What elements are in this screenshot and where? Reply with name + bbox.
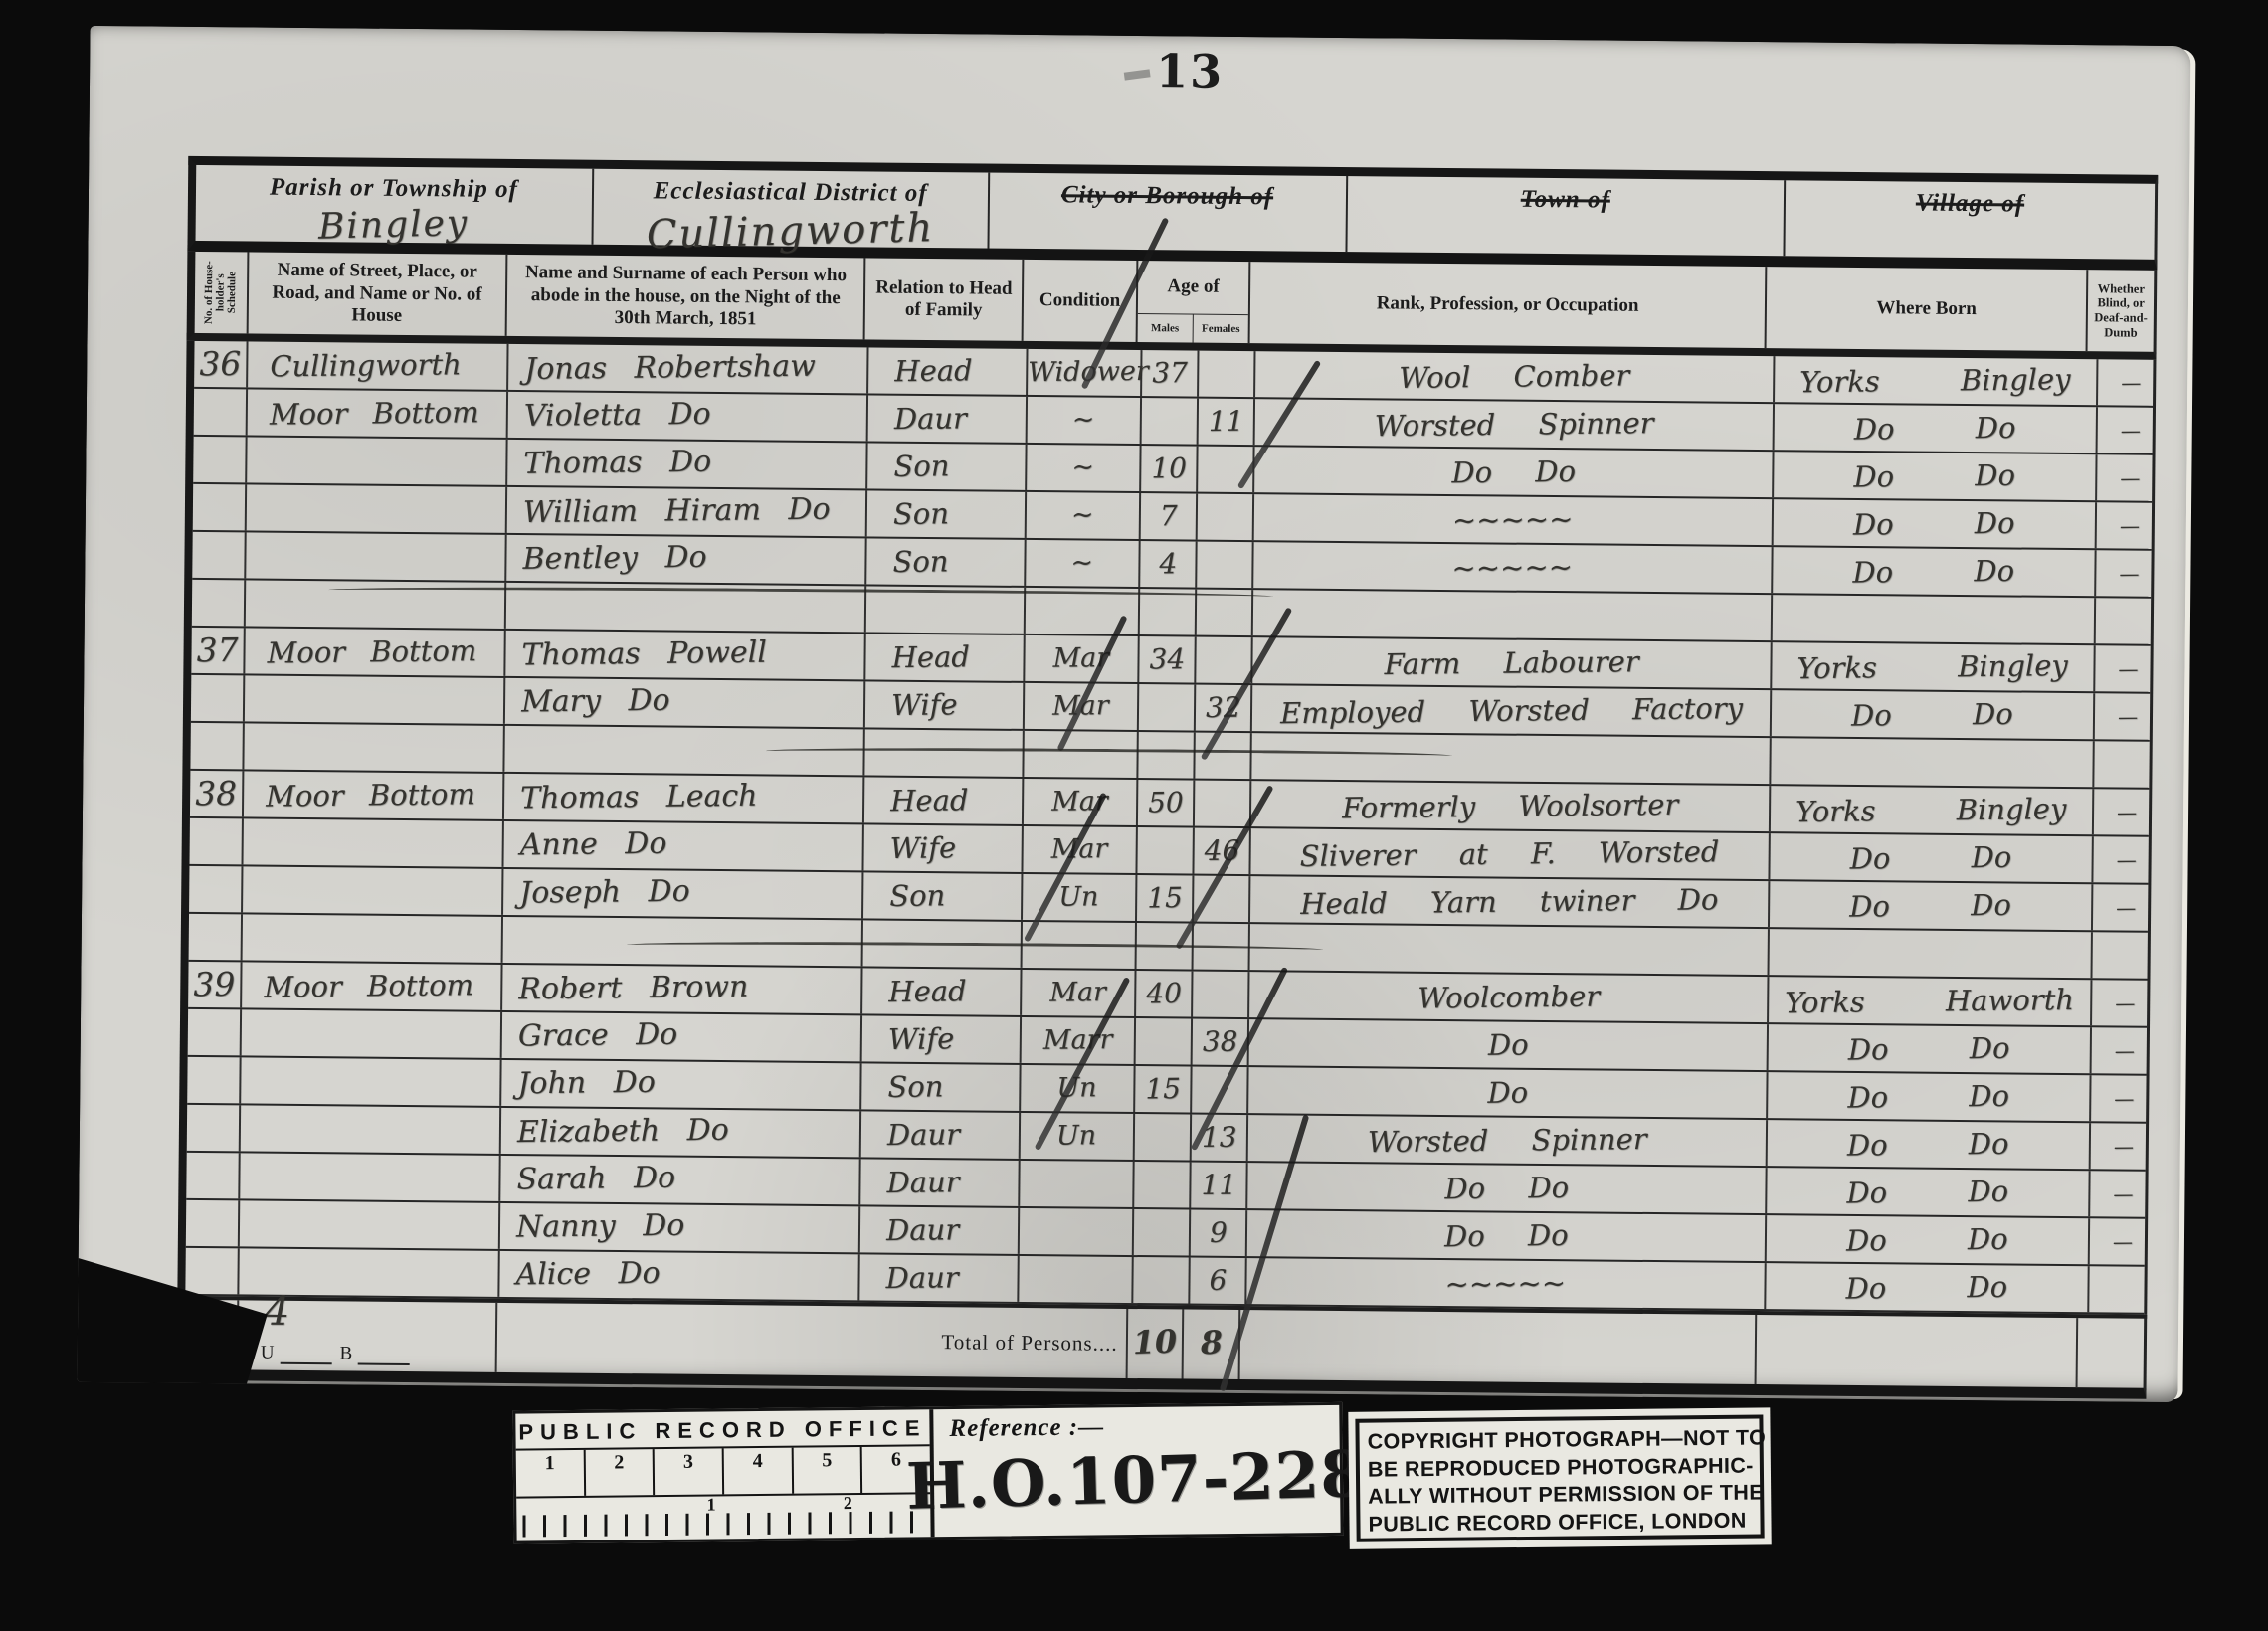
handwritten-name: Grace Do bbox=[502, 1013, 678, 1059]
cell-relation: Wife bbox=[865, 681, 1025, 729]
cell-born: Do Do bbox=[1770, 833, 2093, 882]
cell-born: Do Do bbox=[1774, 452, 2097, 500]
cell-name: Robert Brown bbox=[502, 965, 862, 1013]
handwritten-relation: Son bbox=[867, 491, 950, 536]
cell-street bbox=[243, 866, 503, 915]
handwritten-relation: Wife bbox=[862, 1016, 955, 1061]
handwritten-blind: — bbox=[2115, 1028, 2135, 1072]
handwritten-age-m: 34 bbox=[1149, 637, 1185, 681]
cell-occupation: ~~~~~ bbox=[1253, 542, 1773, 593]
handwritten-born: Yorks Bingley bbox=[1797, 643, 2069, 690]
ruler-cm-scale: 1 2 3 4 5 6 bbox=[516, 1446, 930, 1498]
cell-relation: Wife bbox=[862, 1015, 1022, 1063]
cell-schedule bbox=[193, 484, 247, 531]
cell-age-m: 37 bbox=[1142, 350, 1199, 397]
handwritten-blind: — bbox=[2121, 408, 2141, 452]
cell-age-f bbox=[1196, 637, 1252, 684]
cell-occupation bbox=[1250, 924, 1770, 975]
cell-name: Thomas Leach bbox=[504, 774, 864, 822]
cell-occupation: Worsted Spinner bbox=[1255, 399, 1775, 450]
cell-age-f bbox=[1199, 351, 1255, 398]
ruler-cm-1: 1 bbox=[516, 1450, 586, 1497]
handwritten-name: Nanny Do bbox=[500, 1204, 685, 1250]
cell-relation: Daur bbox=[868, 395, 1028, 443]
cell-age-m bbox=[1139, 684, 1196, 731]
parish-cell: Parish or Township of Bingley bbox=[196, 165, 594, 245]
cell-blind: — bbox=[2091, 1123, 2157, 1170]
handwritten-blind: — bbox=[2119, 551, 2139, 595]
handwritten-born: Do Do bbox=[1845, 1265, 2007, 1311]
handwritten-age-m: 50 bbox=[1148, 781, 1184, 824]
village-cell: Village of bbox=[1786, 180, 2156, 260]
cell-age-m: 34 bbox=[1139, 636, 1196, 683]
town-cell: Town of bbox=[1347, 176, 1786, 256]
col-blind: Whether Blind, or Deaf-and-Dumb bbox=[2088, 270, 2154, 352]
census-sheet: 13 Parish or Township of Bingley Ecclesi… bbox=[78, 26, 2191, 1402]
cell-street bbox=[241, 1057, 501, 1106]
total-houses-value: 4 bbox=[265, 1289, 290, 1335]
col-age: Age of Males Females bbox=[1137, 261, 1250, 343]
cell-blind: — bbox=[2094, 789, 2160, 835]
handwritten-age-f: 6 bbox=[1209, 1259, 1227, 1303]
reference-label: Reference :— bbox=[949, 1411, 1339, 1443]
handwritten-blind: — bbox=[2113, 1172, 2133, 1215]
handwritten-born: Do Do bbox=[1851, 692, 2013, 738]
cell-street: Moor Bottom bbox=[248, 389, 508, 438]
handwritten-born: Do Do bbox=[1853, 453, 2015, 499]
cell-occupation: Do Do bbox=[1247, 1210, 1767, 1261]
cell-name: William Hiram Do bbox=[507, 487, 867, 536]
col-females: Females bbox=[1194, 315, 1248, 344]
handwritten-born: Yorks Haworth bbox=[1785, 978, 2074, 1024]
cell-relation: Head bbox=[868, 347, 1028, 395]
handwritten-name: Thomas Leach bbox=[504, 775, 758, 821]
cell-blind bbox=[2096, 598, 2162, 644]
page-number: 13 bbox=[1124, 44, 1225, 98]
cell-condition: ~ bbox=[1028, 397, 1142, 444]
copyright-box: COPYRIGHT PHOTOGRAPH—NOT TO BE REPRODUCE… bbox=[1348, 1407, 1771, 1548]
cell-street bbox=[245, 675, 505, 724]
handwritten-condition: ~ bbox=[1071, 446, 1094, 489]
handwritten-occupation: ~~~~~ bbox=[1445, 1261, 1567, 1306]
cell-age-f: 9 bbox=[1191, 1210, 1247, 1257]
cell-blind: — bbox=[2093, 884, 2159, 931]
cell-age-m bbox=[1134, 1162, 1191, 1208]
cell-occupation: Do bbox=[1249, 1019, 1769, 1070]
handwritten-schedule: 39 bbox=[193, 963, 235, 1006]
cell-age-m bbox=[1134, 1209, 1191, 1256]
handwritten-born: Do Do bbox=[1853, 501, 2015, 547]
district-label: Ecclesiastical District of bbox=[594, 169, 988, 209]
cell-blind bbox=[2094, 741, 2160, 788]
cell-born: Do Do bbox=[1766, 1263, 2089, 1312]
cell-blind: — bbox=[2098, 359, 2164, 406]
cell-occupation: Do bbox=[1248, 1067, 1768, 1118]
handwritten-born: Yorks Bingley bbox=[1799, 357, 2071, 404]
handwritten-age-m: 10 bbox=[1151, 447, 1187, 490]
cell-schedule bbox=[192, 532, 246, 579]
col-males: Males bbox=[1137, 314, 1193, 343]
handwritten-relation: Son bbox=[863, 873, 946, 918]
reference-box: Reference :— H.O.107-2286 bbox=[933, 1405, 1340, 1537]
cell-relation: Son bbox=[863, 872, 1023, 920]
handwritten-relation: Daur bbox=[868, 396, 968, 441]
handwritten-name: Jonas Robertshaw bbox=[508, 345, 816, 392]
handwritten-occupation: Farm Labourer bbox=[1384, 639, 1639, 686]
ruler-cm-5: 5 bbox=[793, 1447, 862, 1494]
handwritten-occupation: Sliverer at F. Worsted bbox=[1300, 829, 1720, 878]
cell-born: Do Do bbox=[1775, 404, 2098, 453]
col-street: Name of Street, Place, or Road, and Name… bbox=[248, 252, 507, 335]
cell-relation: Daur bbox=[859, 1254, 1019, 1302]
col-relation: Relation to Head of Family bbox=[865, 258, 1025, 341]
handwritten-born: Yorks Bingley bbox=[1795, 787, 2067, 833]
cell-born bbox=[1771, 738, 2094, 787]
handwritten-occupation: Worsted Spinner bbox=[1367, 1117, 1646, 1164]
handwritten-age-m: 40 bbox=[1146, 972, 1182, 1015]
cell-blind: — bbox=[2095, 693, 2161, 740]
col-condition: Condition bbox=[1024, 260, 1138, 342]
cell-name: Jonas Robertshaw bbox=[508, 344, 868, 393]
cell-age-f: 11 bbox=[1191, 1163, 1247, 1209]
handwritten-age-f: 9 bbox=[1209, 1211, 1227, 1255]
cell-occupation: Sliverer at F. Worsted bbox=[1250, 828, 1770, 879]
cell-born: Do Do bbox=[1767, 1215, 2090, 1264]
handwritten-blind: — bbox=[2120, 455, 2140, 499]
cell-name: Anne Do bbox=[503, 821, 863, 870]
cell-relation: Daur bbox=[860, 1206, 1020, 1254]
handwritten-born: Do Do bbox=[1854, 406, 2016, 452]
cell-born: Yorks Bingley bbox=[1772, 642, 2095, 691]
handwritten-condition: Un bbox=[1058, 875, 1099, 919]
cell-blind: — bbox=[2098, 407, 2164, 453]
district-handwritten: Cullingworth bbox=[593, 204, 988, 260]
handwritten-name: Elizabeth Do bbox=[501, 1109, 729, 1156]
cell-born: Do Do bbox=[1770, 881, 2093, 930]
handwritten-age-f: 11 bbox=[1208, 400, 1243, 444]
cell-schedule bbox=[194, 389, 248, 436]
handwritten-name: Robert Brown bbox=[502, 966, 748, 1012]
handwritten-born: Do Do bbox=[1847, 1122, 2009, 1168]
handwritten-blind: — bbox=[2114, 1124, 2134, 1168]
handwritten-street: Moor Bottom bbox=[244, 772, 475, 818]
handwritten-occupation: ~~~~~ bbox=[1451, 545, 1573, 590]
totals-empty-blind bbox=[2078, 1318, 2144, 1388]
total-houses-cell: 4 I U B bbox=[238, 1300, 497, 1371]
handwritten-schedule: 37 bbox=[196, 629, 238, 672]
city-cell: City or Borough of bbox=[989, 173, 1348, 252]
cell-blind: — bbox=[2090, 1218, 2156, 1265]
cell-condition bbox=[1019, 1256, 1133, 1303]
handwritten-condition: Mar bbox=[1049, 971, 1106, 1015]
cell-born bbox=[1770, 929, 2093, 978]
cell-age-m: 50 bbox=[1138, 780, 1195, 826]
cell-occupation: Farm Labourer bbox=[1252, 637, 1772, 688]
handwritten-name: Anne Do bbox=[503, 822, 666, 868]
cell-schedule bbox=[186, 1200, 240, 1247]
cell-blind: — bbox=[2091, 1075, 2157, 1122]
cell-schedule bbox=[185, 1248, 239, 1295]
cell-blind: — bbox=[2097, 454, 2163, 501]
cell-occupation: ~~~~~ bbox=[1246, 1258, 1766, 1309]
cell-occupation: Do Do bbox=[1254, 447, 1774, 497]
cell-age-m: 15 bbox=[1137, 875, 1194, 922]
handwritten-relation: Daur bbox=[860, 1160, 960, 1204]
district-cell: Ecclesiastical District of Cullingworth bbox=[593, 169, 989, 249]
handwritten-street: Moor Bottom bbox=[245, 629, 476, 675]
handwritten-blind: — bbox=[2120, 503, 2140, 547]
cell-occupation: Worsted Spinner bbox=[1248, 1115, 1768, 1166]
handwritten-schedule: 36 bbox=[199, 342, 241, 386]
handwritten-born: Do Do bbox=[1846, 1217, 2008, 1263]
cell-condition: Mar bbox=[1025, 635, 1139, 682]
handwritten-name: Mary Do bbox=[505, 679, 670, 725]
cell-condition bbox=[1020, 1161, 1134, 1207]
cell-born: Yorks Bingley bbox=[1771, 786, 2094, 834]
cell-born: Do Do bbox=[1767, 1168, 2090, 1216]
handwritten-name: Sarah Do bbox=[500, 1157, 675, 1202]
cell-age-f bbox=[1198, 494, 1254, 541]
handwritten-occupation: Woolcomber bbox=[1417, 975, 1600, 1020]
handwritten-born: Do Do bbox=[1848, 1026, 2010, 1072]
handwritten-blind: — bbox=[2118, 694, 2138, 738]
cell-born: Do Do bbox=[1768, 1120, 2091, 1169]
cell-relation: Son bbox=[861, 1063, 1021, 1111]
cell-street: Moor Bottom bbox=[245, 628, 505, 676]
cell-born: Do Do bbox=[1769, 1024, 2092, 1073]
handwritten-occupation: Wool Comber bbox=[1399, 353, 1629, 400]
cell-street bbox=[247, 437, 507, 485]
cell-occupation: Woolcomber bbox=[1249, 972, 1769, 1022]
ruler-ticks bbox=[522, 1511, 924, 1537]
iub-marks: I U B bbox=[246, 1342, 410, 1365]
pro-office-title: PUBLIC RECORD OFFICE bbox=[515, 1409, 929, 1450]
copyright-line: PUBLIC RECORD OFFICE, LONDON bbox=[1368, 1507, 1752, 1539]
cell-born: Do Do bbox=[1772, 690, 2095, 739]
cell-age-m bbox=[1135, 1114, 1192, 1161]
handwritten-name: Bentley Do bbox=[506, 536, 707, 582]
cell-street bbox=[244, 723, 504, 772]
cell-occupation: Do Do bbox=[1247, 1163, 1767, 1213]
cell-blind: — bbox=[2090, 1171, 2156, 1217]
cell-age-m: 40 bbox=[1136, 971, 1193, 1017]
cell-street bbox=[244, 818, 504, 867]
handwritten-occupation: Worsted Spinner bbox=[1374, 401, 1653, 448]
handwritten-born: Do Do bbox=[1849, 883, 2011, 929]
cell-relation: Son bbox=[866, 538, 1026, 586]
cell-street: Moor Bottom bbox=[244, 771, 504, 819]
cell-relation: Head bbox=[864, 777, 1024, 824]
handwritten-relation: Son bbox=[867, 444, 950, 488]
cell-born: Yorks Bingley bbox=[1775, 356, 2098, 405]
handwritten-blind: — bbox=[2117, 790, 2137, 833]
cell-condition: ~ bbox=[1027, 445, 1141, 491]
cell-condition: Un bbox=[1021, 1113, 1135, 1160]
reference-stamp: H.O.107-2286 bbox=[905, 1436, 1412, 1525]
cell-schedule bbox=[187, 1057, 241, 1104]
handwritten-relation: Son bbox=[861, 1064, 944, 1109]
handwritten-relation: Wife bbox=[863, 825, 956, 870]
cell-name: Elizabeth Do bbox=[501, 1108, 861, 1157]
cell-schedule: 37 bbox=[191, 628, 245, 674]
cell-relation: Son bbox=[867, 443, 1027, 490]
handwritten-age-f: 38 bbox=[1202, 1020, 1237, 1064]
handwritten-age-m: 4 bbox=[1159, 542, 1177, 586]
ruler-cm-4: 4 bbox=[724, 1448, 794, 1495]
handwritten-blind: — bbox=[2118, 646, 2138, 690]
village-label: Village of bbox=[1786, 180, 2155, 220]
handwritten-name: Joseph Do bbox=[503, 870, 690, 916]
cell-age-m bbox=[1136, 1018, 1193, 1065]
cell-name: Mary Do bbox=[505, 678, 865, 727]
cell-street bbox=[240, 1153, 500, 1201]
handwritten-blind: — bbox=[2115, 981, 2135, 1024]
handwritten-street: Cullingworth bbox=[248, 342, 462, 388]
cell-occupation: Formerly Woolsorter bbox=[1251, 781, 1771, 831]
cell-relation: Son bbox=[867, 490, 1027, 538]
cell-blind: — bbox=[2095, 645, 2161, 692]
handwritten-street: Moor Bottom bbox=[242, 963, 473, 1009]
handwritten-occupation: Do Do bbox=[1443, 1213, 1568, 1258]
cell-blind bbox=[2092, 932, 2158, 979]
ruler-inch-2: 2 bbox=[844, 1493, 852, 1514]
handwritten-relation: Wife bbox=[865, 682, 958, 727]
handwritten-age-m: 7 bbox=[1159, 494, 1177, 538]
cell-street: Moor Bottom bbox=[242, 962, 502, 1010]
cell-occupation: ~~~~~ bbox=[1254, 494, 1774, 545]
col-born: Where Born bbox=[1767, 267, 2089, 351]
cell-street: Cullingworth bbox=[248, 341, 508, 390]
handwritten-age-m: 37 bbox=[1152, 351, 1188, 395]
ruler-cm-2: 2 bbox=[585, 1449, 655, 1496]
handwritten-condition: Un bbox=[1056, 1114, 1097, 1158]
cell-schedule bbox=[189, 866, 243, 913]
cell-occupation: Employed Worsted Factory bbox=[1252, 685, 1772, 736]
ruler-inch-scale: 1 2 bbox=[516, 1494, 930, 1540]
totals-row: Total of Houses 4 I U B Total of Persons… bbox=[177, 1296, 2148, 1399]
handwritten-schedule: 38 bbox=[195, 772, 237, 815]
cell-name: Joseph Do bbox=[503, 869, 863, 918]
census-table: Parish or Township of Bingley Ecclesiast… bbox=[177, 156, 2159, 1399]
handwritten-name: Alice Do bbox=[499, 1252, 661, 1298]
handwritten-age-m: 15 bbox=[1145, 1067, 1181, 1111]
cell-condition: Marr bbox=[1022, 1017, 1136, 1064]
cell-name: Nanny Do bbox=[500, 1203, 860, 1252]
cell-blind: — bbox=[2096, 550, 2162, 597]
handwritten-occupation: ~~~~~ bbox=[1452, 497, 1574, 542]
handwritten-born: Do Do bbox=[1847, 1074, 2009, 1120]
cell-born: Do Do bbox=[1774, 499, 2097, 548]
pro-stamp-strip: PUBLIC RECORD OFFICE 1 2 3 4 5 6 1 2 Ref… bbox=[512, 1395, 1772, 1559]
cell-occupation: Wool Comber bbox=[1255, 351, 1775, 402]
handwritten-occupation: Formerly Woolsorter bbox=[1342, 783, 1679, 830]
handwritten-relation: Head bbox=[865, 634, 970, 679]
cell-schedule bbox=[188, 1009, 242, 1056]
ruler-cm-3: 3 bbox=[655, 1448, 724, 1495]
copyright-line: COPYRIGHT PHOTOGRAPH—NOT TO bbox=[1367, 1425, 1751, 1457]
handwritten-relation: Head bbox=[862, 969, 967, 1013]
cell-age-m: 15 bbox=[1135, 1066, 1192, 1113]
cell-relation: Head bbox=[862, 968, 1022, 1015]
cell-age-f: 11 bbox=[1199, 399, 1255, 446]
handwritten-blind: — bbox=[2116, 885, 2136, 929]
cell-age-f bbox=[1197, 542, 1253, 589]
cell-name: John Do bbox=[501, 1060, 861, 1109]
handwritten-occupation: Do bbox=[1487, 1070, 1528, 1114]
col-occupation: Rank, Profession, or Occupation bbox=[1250, 262, 1768, 348]
totals-empty-born bbox=[1757, 1315, 2079, 1387]
pro-ruler-reference-box: PUBLIC RECORD OFFICE 1 2 3 4 5 6 1 2 Ref… bbox=[512, 1402, 1343, 1544]
col-age-label: Age of bbox=[1138, 261, 1249, 314]
handwritten-born: Do Do bbox=[1846, 1170, 2008, 1215]
handwritten-age-m: 15 bbox=[1147, 876, 1183, 920]
cell-blind: — bbox=[2092, 980, 2158, 1026]
cell-relation: Daur bbox=[860, 1159, 1020, 1206]
handwritten-occupation: Heald Yarn twiner Do bbox=[1300, 877, 1719, 926]
col-schedule: No. of House-holder's Schedule bbox=[195, 252, 250, 334]
total-persons-label: Total of Persons.... bbox=[497, 1303, 1128, 1378]
cell-name: Thomas Do bbox=[507, 440, 867, 488]
cell-age-m: 7 bbox=[1141, 493, 1198, 540]
handwritten-condition: ~ bbox=[1072, 398, 1095, 442]
total-males-cell: 10 bbox=[1127, 1309, 1184, 1379]
cell-schedule bbox=[186, 1153, 240, 1199]
cell-born: Yorks Haworth bbox=[1769, 977, 2092, 1025]
cell-blind: — bbox=[2097, 502, 2163, 549]
copyright-line: BE REPRODUCED PHOTOGRAPHIC- bbox=[1368, 1452, 1752, 1484]
cell-occupation bbox=[1253, 590, 1773, 640]
handwritten-condition: ~ bbox=[1071, 493, 1094, 537]
handwritten-name: John Do bbox=[501, 1061, 656, 1107]
cell-relation: Daur bbox=[861, 1111, 1021, 1159]
cell-blind: — bbox=[2093, 836, 2159, 883]
ruler-inch-1: 1 bbox=[707, 1494, 716, 1515]
cell-schedule bbox=[189, 914, 243, 961]
handwritten-street: Moor Bottom bbox=[248, 390, 479, 437]
cell-name: Grace Do bbox=[502, 1012, 862, 1061]
census-photograph: 13 Parish or Township of Bingley Ecclesi… bbox=[0, 0, 2268, 1631]
cell-schedule bbox=[190, 723, 244, 770]
handwritten-relation: Daur bbox=[859, 1255, 959, 1300]
town-label: Town of bbox=[1347, 176, 1784, 216]
handwritten-blind: — bbox=[2116, 837, 2136, 881]
parish-label: Parish or Township of bbox=[196, 165, 592, 205]
uninhabited-mark: U bbox=[261, 1343, 275, 1364]
totals-empty-occupation bbox=[1240, 1310, 1758, 1384]
cell-age-m bbox=[1133, 1257, 1190, 1304]
handwritten-relation: Daur bbox=[861, 1112, 961, 1157]
cell-blind: — bbox=[2092, 1027, 2158, 1074]
handwritten-condition: ~ bbox=[1070, 541, 1093, 585]
cell-schedule bbox=[193, 437, 247, 483]
cell-street bbox=[242, 1009, 502, 1058]
parish-handwritten: Bingley bbox=[195, 200, 592, 251]
handwritten-relation: Daur bbox=[860, 1207, 960, 1252]
copyright-line: ALLY WITHOUT PERMISSION OF THE bbox=[1368, 1480, 1752, 1512]
handwritten-age-f: 11 bbox=[1201, 1164, 1236, 1207]
handwritten-blind: — bbox=[2121, 360, 2141, 404]
handwritten-relation: Head bbox=[868, 348, 973, 393]
handwritten-relation: Head bbox=[864, 778, 969, 822]
handwritten-born: Do Do bbox=[1850, 835, 2012, 881]
location-header: Parish or Township of Bingley Ecclesiast… bbox=[187, 156, 2158, 271]
cell-schedule bbox=[190, 818, 244, 865]
cell-age-f bbox=[1193, 972, 1249, 1018]
cell-relation: Head bbox=[865, 634, 1025, 681]
cell-schedule: 39 bbox=[188, 962, 242, 1008]
handwritten-occupation: Do bbox=[1487, 1022, 1528, 1066]
col-name: Name and Surname of each Person who abod… bbox=[507, 255, 866, 339]
